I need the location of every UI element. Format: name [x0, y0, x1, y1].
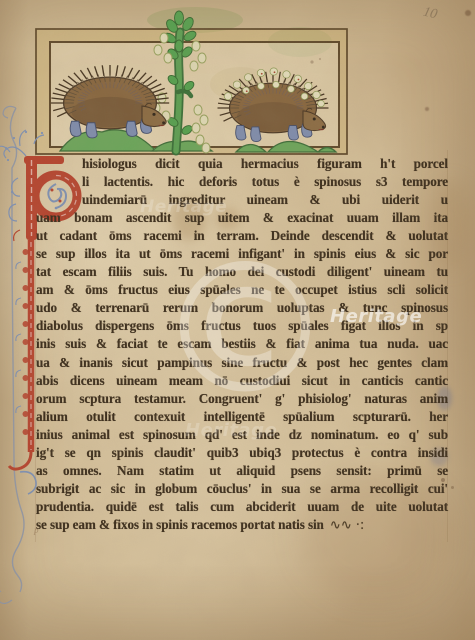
- text-line: subrigit ac sic in globum cōuclus' in su…: [36, 481, 448, 499]
- latin-text-block: hisiologus dicit quia hermacius figuram …: [36, 156, 448, 535]
- speck: [451, 486, 454, 489]
- quire-mark: p: [34, 525, 39, 535]
- text-line-end: se sup eam & fixos in spinis racemos por…: [36, 517, 324, 532]
- text-line: hisiologus dicit quia hermacius figuram …: [36, 156, 448, 174]
- tail-blue-ticks: [16, 262, 21, 413]
- text-line: as omnes. Nam statim ut aliquid psens se…: [36, 463, 448, 481]
- text-line: prudentia. quidē est talis cum abciderit…: [36, 499, 448, 517]
- manuscript-page: P hisiologus dicit quia hermacius figura…: [0, 0, 475, 640]
- text-line: am & ōms fructus eius spūales ne te occu…: [36, 282, 448, 300]
- text-line: tat escam filiis suis. Tu homo dei custo…: [36, 264, 448, 282]
- text-line: alium otulit contexuit intelligentē spūa…: [36, 409, 448, 427]
- text-line: ua & inanis sicut pampinus sine fructu &…: [36, 355, 448, 373]
- text-line: ig't se qn spinis claudit' quib3 ubiq3 p…: [36, 445, 448, 463]
- text-line: udo & terrenarū rerum bonorum uoluptas &…: [36, 300, 448, 318]
- text-line: li lactentis. hic deforis totus è spinos…: [36, 174, 448, 192]
- text-line: uindemiarū ingreditur uineam & ubi uider…: [36, 192, 448, 210]
- penwork-hairline: [0, 106, 24, 603]
- text-line: uam bonam ascendit sup uitem & exacinat …: [36, 210, 448, 228]
- tail-scallops: [23, 249, 29, 435]
- text-line: inius animal est spinosum qd' est inde d…: [36, 427, 448, 445]
- text-line: se sup illos ita ut ōms racemi infigant'…: [36, 246, 448, 264]
- text-line: diabolus dispergens ōms fructus tuos spū…: [36, 318, 448, 336]
- text-line: abis dicens uineam meam nō custodiui sic…: [36, 373, 448, 391]
- text-line: se sup eam & fixos in spinis racemos por…: [36, 517, 448, 535]
- text-line: ut cadant ōms racemi in terram. Deinde d…: [36, 228, 448, 246]
- text-line: inis suis & faciat te escam bestiis & fi…: [36, 336, 448, 354]
- line-filler-flourish: ∿∿ ·:: [330, 518, 364, 533]
- text-line: orum scptura testamur. Congruent' g' phi…: [36, 391, 448, 409]
